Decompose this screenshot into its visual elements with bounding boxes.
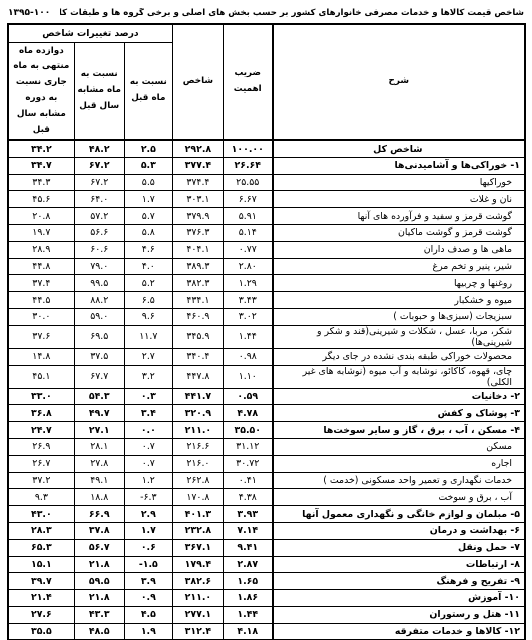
weight-cell: ۶.۶۷ [223, 191, 272, 208]
mom-cell: ۶.۵ [124, 292, 172, 309]
desc-cell: ۱۱- هتل و رستوران [273, 606, 525, 623]
table-row: روغنها و چربیها۱.۲۹۳۸۲.۳۵.۲۹۹.۵۳۷.۴ [8, 275, 525, 292]
m12-cell: ۳۷.۴ [8, 275, 74, 292]
desc-cell: مسکن [273, 438, 525, 455]
yoy-cell: ۲۷.۸ [74, 455, 124, 472]
m12-cell: ۳۴.۷ [8, 157, 74, 174]
table-row: ۸- ارتباطات۲.۸۷۱۷۹.۴-۱.۵۲۱.۸۱۵.۱ [8, 556, 525, 573]
m12-cell: ۱۵.۱ [8, 556, 74, 573]
table-row: ۹- تفریح و فرهنگ۱.۶۵۳۸۲.۶۳.۹۵۹.۵۳۹.۷ [8, 573, 525, 590]
index-cell: ۴۴۷.۸ [172, 365, 223, 388]
desc-cell: گوشت قرمز و سفید و فرآورده های آنها [273, 208, 525, 225]
mom-cell: ۰.۶ [124, 539, 172, 556]
index-cell: ۳۷۹.۹ [172, 208, 223, 225]
table-row: آب ، برق و سوخت۴.۳۸۱۷۰.۸-۶.۳۱۸.۸۹.۳ [8, 489, 525, 506]
yoy-cell: ۵۹.۰ [74, 308, 124, 325]
table-row: خوراکیها۲۵.۵۵۳۷۴.۴۵.۵۶۷.۲۳۴.۳ [8, 174, 525, 191]
desc-cell: ۱۰- آموزش [273, 590, 525, 607]
yoy-cell: ۶۹.۵ [74, 325, 124, 348]
index-cell: ۲۱۱.۰ [172, 590, 223, 607]
table-row: ۵- مبلمان و لوازم خانگی و نگهداری معمول … [8, 506, 525, 523]
yoy-cell: ۳۷.۵ [74, 348, 124, 365]
m12-cell: ۳۷.۲ [8, 472, 74, 489]
table-row: مسکن۳۱.۱۲۲۱۶.۶۰.۷۲۸.۱۲۶.۹ [8, 438, 525, 455]
yoy-cell: ۶۶.۹ [74, 506, 124, 523]
m12-cell: ۴۳.۰ [8, 506, 74, 523]
desc-cell: اجاره [273, 455, 525, 472]
weight-cell: ۳۰.۷۲ [223, 455, 272, 472]
col-header-pct-change-group: درصد تغییرات شاخص [8, 24, 172, 42]
mom-cell: ۲.۷ [124, 348, 172, 365]
mom-cell: ۱۱.۷ [124, 325, 172, 348]
weight-cell: ۲.۸۰ [223, 258, 272, 275]
table-row: ۴- مسکن ، آب ، برق ، گاز و سایر سوخت‌ها۳… [8, 422, 525, 439]
index-cell: ۲۶۲.۸ [172, 472, 223, 489]
table-row: میوه و خشکبار۳.۴۳۴۳۴.۱۶.۵۸۸.۲۴۴.۵ [8, 292, 525, 309]
weight-cell: ۴.۱۸ [223, 623, 272, 640]
weight-cell: ۵.۹۱ [223, 208, 272, 225]
m12-cell: ۳۴.۳ [8, 174, 74, 191]
table-row: شکر، مربا، عسل ، شکلات و شیرینی(قند و شک… [8, 325, 525, 348]
m12-cell: ۶۵.۳ [8, 539, 74, 556]
desc-cell: میوه و خشکبار [273, 292, 525, 309]
table-body: شاخص کل۱۰۰.۰۰۲۹۲.۸۲.۵۴۸.۲۳۴.۲۱- خوراکی‌ه… [8, 140, 525, 640]
table-row: ماهی ها و صدف داران۰.۷۷۴۰۴.۱۴.۶۶۰.۶۲۸.۹ [8, 241, 525, 258]
yoy-cell: ۲۱.۸ [74, 556, 124, 573]
table-row: ۱۲- کالاها و خدمات متفرقه۴.۱۸۳۱۲.۴۱.۹۴۸.… [8, 623, 525, 640]
weight-cell: ۳.۰۲ [223, 308, 272, 325]
yoy-cell: ۴۸.۵ [74, 623, 124, 640]
table-row: ۷- حمل ونقل۹.۴۱۳۶۷.۱۰.۶۵۶.۷۶۵.۳ [8, 539, 525, 556]
desc-cell: روغنها و چربیها [273, 275, 525, 292]
weight-cell: ۱.۲۹ [223, 275, 272, 292]
index-cell: ۳۶۷.۱ [172, 539, 223, 556]
mom-cell: ۵.۷ [124, 208, 172, 225]
weight-cell: ۳۵.۵۰ [223, 422, 272, 439]
yoy-cell: ۴۹.۱ [74, 472, 124, 489]
table-row: نان و غلات۶.۶۷۳۰۳.۱۱.۷۶۴.۰۴۵.۶ [8, 191, 525, 208]
weight-cell: ۳.۹۳ [223, 506, 272, 523]
yoy-cell: ۶۴.۰ [74, 191, 124, 208]
desc-cell: ۶- بهداشت و درمان [273, 522, 525, 539]
index-cell: ۳۰۳.۱ [172, 191, 223, 208]
table-row: ۳- پوشاک و کفش۴.۷۸۳۲۰.۹۳.۴۴۹.۷۳۶.۸ [8, 405, 525, 422]
m12-cell: ۴۴.۵ [8, 292, 74, 309]
mom-cell: ۴.۶ [124, 241, 172, 258]
mom-cell: ۱.۲ [124, 472, 172, 489]
desc-cell: خوراکیها [273, 174, 525, 191]
index-cell: ۲۷۷.۱ [172, 606, 223, 623]
mom-cell: ۰.۷ [124, 438, 172, 455]
yoy-cell: ۱۸.۸ [74, 489, 124, 506]
weight-cell: ۳۱.۱۲ [223, 438, 272, 455]
index-cell: ۳۸۲.۳ [172, 275, 223, 292]
weight-cell: ۰.۴۱ [223, 472, 272, 489]
table-row: چای، قهوه، کاکائو، نوشابه و آب میوه (نوش… [8, 365, 525, 388]
table-row: شاخص کل۱۰۰.۰۰۲۹۲.۸۲.۵۴۸.۲۳۴.۲ [8, 140, 525, 157]
yoy-cell: ۷۹.۰ [74, 258, 124, 275]
desc-cell: گوشت قرمز و گوشت ماکیان [273, 224, 525, 241]
mom-cell: ۱.۹ [124, 623, 172, 640]
yoy-cell: ۶۷.۷ [74, 365, 124, 388]
m12-cell: ۲۱.۴ [8, 590, 74, 607]
col-header-12mo: دوازده ماه منتهی به ماه جاری نسبت به دور… [8, 42, 74, 140]
m12-cell: ۱۹.۷ [8, 224, 74, 241]
mom-cell: ۳.۹ [124, 573, 172, 590]
index-cell: ۲۱۶.۰ [172, 455, 223, 472]
table-row: اجاره۳۰.۷۲۲۱۶.۰۰.۷۲۷.۸۲۶.۷ [8, 455, 525, 472]
col-header-yoy: نسبت به ماه مشابه سال قبل [74, 42, 124, 140]
index-cell: ۳۱۲.۴ [172, 623, 223, 640]
page-title: شاخص قیمت کالاها و خدمات مصرفی خانوارهای… [60, 8, 524, 18]
desc-cell: ۹- تفریح و فرهنگ [273, 573, 525, 590]
weight-cell: ۴.۳۸ [223, 489, 272, 506]
weight-cell: ۲۵.۵۵ [223, 174, 272, 191]
desc-cell: ۱- خوراکی‌ها و آشامیدنی‌ها [273, 157, 525, 174]
weight-cell: ۹.۴۱ [223, 539, 272, 556]
desc-cell: شکر، مربا، عسل ، شکلات و شیرینی(قند و شک… [273, 325, 525, 348]
mom-cell: -۱.۵ [124, 556, 172, 573]
desc-cell: ۷- حمل ونقل [273, 539, 525, 556]
yoy-cell: ۶۷.۲ [74, 157, 124, 174]
index-cell: ۲۱۱.۰ [172, 422, 223, 439]
index-cell: ۴۴۱.۷ [172, 388, 223, 405]
yoy-cell: ۴۹.۷ [74, 405, 124, 422]
cpi-table: شرح ضریب اهمیت شاخص درصد تغییرات شاخص نس… [7, 23, 526, 640]
mom-cell: ۰.۰ [124, 422, 172, 439]
index-cell: ۴۳۴.۱ [172, 292, 223, 309]
desc-cell: ۲- دخانیات [273, 388, 525, 405]
table-row: سبزیجات (سبزی‌ها و حبوبات )۳.۰۲۴۶۰.۹۹.۶۵… [8, 308, 525, 325]
yoy-cell: ۲۱.۸ [74, 590, 124, 607]
index-cell: ۴۰۴.۱ [172, 241, 223, 258]
index-cell: ۳۷۴.۴ [172, 174, 223, 191]
weight-cell: ۱.۴۴ [223, 606, 272, 623]
mom-cell: -۶.۳ [124, 489, 172, 506]
m12-cell: ۲۷.۶ [8, 606, 74, 623]
desc-cell: ۵- مبلمان و لوازم خانگی و نگهداری معمول … [273, 506, 525, 523]
yoy-cell: ۸۸.۲ [74, 292, 124, 309]
yoy-cell: ۵۷.۲ [74, 208, 124, 225]
desc-cell: ۳- پوشاک و کفش [273, 405, 525, 422]
weight-cell: ۴.۷۸ [223, 405, 272, 422]
mom-cell: ۰.۳ [124, 388, 172, 405]
m12-cell: ۲۶.۹ [8, 438, 74, 455]
table-row: گوشت قرمز و گوشت ماکیان۵.۱۴۳۷۶.۳۵.۸۵۶.۶۱… [8, 224, 525, 241]
yoy-cell: ۵۶.۷ [74, 539, 124, 556]
m12-cell: ۳۴.۲ [8, 140, 74, 157]
index-cell: ۳۸۹.۳ [172, 258, 223, 275]
weight-cell: ۵.۱۴ [223, 224, 272, 241]
desc-cell: شیر، پنیر و تخم مرغ [273, 258, 525, 275]
m12-cell: ۳۷.۶ [8, 325, 74, 348]
m12-cell: ۳۰.۰ [8, 308, 74, 325]
title-bar: شاخص قیمت کالاها و خدمات مصرفی خانوارهای… [6, 8, 526, 23]
yoy-cell: ۲۸.۱ [74, 438, 124, 455]
mom-cell: ۵.۲ [124, 275, 172, 292]
base-year-note: ۱۳۹۵-۱۰۰ [8, 8, 50, 18]
m12-cell: ۳۹.۷ [8, 573, 74, 590]
mom-cell: ۳.۴ [124, 405, 172, 422]
col-header-mom: نسبت به ماه قبل [124, 42, 172, 140]
table-row: خدمات نگهداری و تعمیر واحد مسکونی (خدمت … [8, 472, 525, 489]
mom-cell: ۵.۳ [124, 157, 172, 174]
index-cell: ۱۷۰.۸ [172, 489, 223, 506]
m12-cell: ۲۸.۹ [8, 241, 74, 258]
desc-cell: ماهی ها و صدف داران [273, 241, 525, 258]
mom-cell: ۴.۵ [124, 606, 172, 623]
weight-cell: ۱.۴۴ [223, 325, 272, 348]
desc-cell: شاخص کل [273, 140, 525, 157]
mom-cell: ۱.۷ [124, 522, 172, 539]
weight-cell: ۷.۱۴ [223, 522, 272, 539]
m12-cell: ۱۴.۸ [8, 348, 74, 365]
table-row: ۶- بهداشت و درمان۷.۱۴۲۳۲.۸۱.۷۳۷.۸۲۸.۳ [8, 522, 525, 539]
desc-cell: سبزیجات (سبزی‌ها و حبوبات ) [273, 308, 525, 325]
table-row: ۱۰- آموزش۱.۸۶۲۱۱.۰۰.۹۲۱.۸۲۱.۴ [8, 590, 525, 607]
index-cell: ۳۲۰.۹ [172, 405, 223, 422]
weight-cell: ۲.۸۷ [223, 556, 272, 573]
m12-cell: ۲۸.۳ [8, 522, 74, 539]
weight-cell: ۱.۶۵ [223, 573, 272, 590]
index-cell: ۳۷۷.۴ [172, 157, 223, 174]
table-header: شرح ضریب اهمیت شاخص درصد تغییرات شاخص نس… [8, 24, 525, 140]
weight-cell: ۰.۵۹ [223, 388, 272, 405]
document-page: شاخص قیمت کالاها و خدمات مصرفی خانوارهای… [0, 0, 532, 640]
mom-cell: ۵.۵ [124, 174, 172, 191]
desc-cell: خدمات نگهداری و تعمیر واحد مسکونی (خدمت … [273, 472, 525, 489]
index-cell: ۳۸۲.۶ [172, 573, 223, 590]
m12-cell: ۲۴.۷ [8, 422, 74, 439]
mom-cell: ۰.۷ [124, 455, 172, 472]
m12-cell: ۳۶.۸ [8, 405, 74, 422]
index-cell: ۲۳۲.۸ [172, 522, 223, 539]
yoy-cell: ۹۹.۵ [74, 275, 124, 292]
index-cell: ۴۶۰.۹ [172, 308, 223, 325]
desc-cell: نان و غلات [273, 191, 525, 208]
desc-cell: چای، قهوه، کاکائو، نوشابه و آب میوه (نوش… [273, 365, 525, 388]
m12-cell: ۲۶.۷ [8, 455, 74, 472]
desc-cell: ۱۲- کالاها و خدمات متفرقه [273, 623, 525, 640]
index-cell: ۳۴۵.۹ [172, 325, 223, 348]
yoy-cell: ۲۷.۱ [74, 422, 124, 439]
index-cell: ۴۰۱.۳ [172, 506, 223, 523]
col-header-description: شرح [273, 24, 525, 140]
index-cell: ۳۷۶.۳ [172, 224, 223, 241]
index-cell: ۳۴۰.۴ [172, 348, 223, 365]
weight-cell: ۱.۱۰ [223, 365, 272, 388]
index-cell: ۲۱۶.۶ [172, 438, 223, 455]
weight-cell: ۰.۷۷ [223, 241, 272, 258]
desc-cell: ۸- ارتباطات [273, 556, 525, 573]
yoy-cell: ۶۰.۶ [74, 241, 124, 258]
table-row: محصولات خوراکی طبقه بندی نشده در جای دیگ… [8, 348, 525, 365]
weight-cell: ۱.۸۶ [223, 590, 272, 607]
m12-cell: ۴۵.۶ [8, 191, 74, 208]
yoy-cell: ۵۹.۵ [74, 573, 124, 590]
mom-cell: ۵.۸ [124, 224, 172, 241]
mom-cell: ۴.۰ [124, 258, 172, 275]
table-row: ۱- خوراکی‌ها و آشامیدنی‌ها۲۶.۶۴۳۷۷.۴۵.۳۶… [8, 157, 525, 174]
index-cell: ۱۷۹.۴ [172, 556, 223, 573]
mom-cell: ۲.۵ [124, 140, 172, 157]
index-cell: ۲۹۲.۸ [172, 140, 223, 157]
table-row: ۱۱- هتل و رستوران۱.۴۴۲۷۷.۱۴.۵۴۳.۳۲۷.۶ [8, 606, 525, 623]
yoy-cell: ۵۶.۶ [74, 224, 124, 241]
weight-cell: ۳.۴۳ [223, 292, 272, 309]
yoy-cell: ۳۷.۸ [74, 522, 124, 539]
desc-cell: آب ، برق و سوخت [273, 489, 525, 506]
m12-cell: ۲۰.۸ [8, 208, 74, 225]
yoy-cell: ۴۸.۲ [74, 140, 124, 157]
mom-cell: ۳.۲ [124, 365, 172, 388]
m12-cell: ۳۵.۵ [8, 623, 74, 640]
weight-cell: ۱۰۰.۰۰ [223, 140, 272, 157]
desc-cell: ۴- مسکن ، آب ، برق ، گاز و سایر سوخت‌ها [273, 422, 525, 439]
yoy-cell: ۴۳.۳ [74, 606, 124, 623]
mom-cell: ۰.۹ [124, 590, 172, 607]
yoy-cell: ۶۷.۲ [74, 174, 124, 191]
weight-cell: ۰.۹۸ [223, 348, 272, 365]
weight-cell: ۲۶.۶۴ [223, 157, 272, 174]
col-header-weight: ضریب اهمیت [223, 24, 272, 140]
table-row: شیر، پنیر و تخم مرغ۲.۸۰۳۸۹.۳۴.۰۷۹.۰۴۴.۸ [8, 258, 525, 275]
m12-cell: ۹.۳ [8, 489, 74, 506]
mom-cell: ۹.۶ [124, 308, 172, 325]
m12-cell: ۴۵.۱ [8, 365, 74, 388]
mom-cell: ۲.۹ [124, 506, 172, 523]
mom-cell: ۱.۷ [124, 191, 172, 208]
yoy-cell: ۵۴.۳ [74, 388, 124, 405]
col-header-index: شاخص [172, 24, 223, 140]
m12-cell: ۴۴.۸ [8, 258, 74, 275]
m12-cell: ۳۳.۰ [8, 388, 74, 405]
table-row: گوشت قرمز و سفید و فرآورده های آنها۵.۹۱۳… [8, 208, 525, 225]
desc-cell: محصولات خوراکی طبقه بندی نشده در جای دیگ… [273, 348, 525, 365]
table-row: ۲- دخانیات۰.۵۹۴۴۱.۷۰.۳۵۴.۳۳۳.۰ [8, 388, 525, 405]
